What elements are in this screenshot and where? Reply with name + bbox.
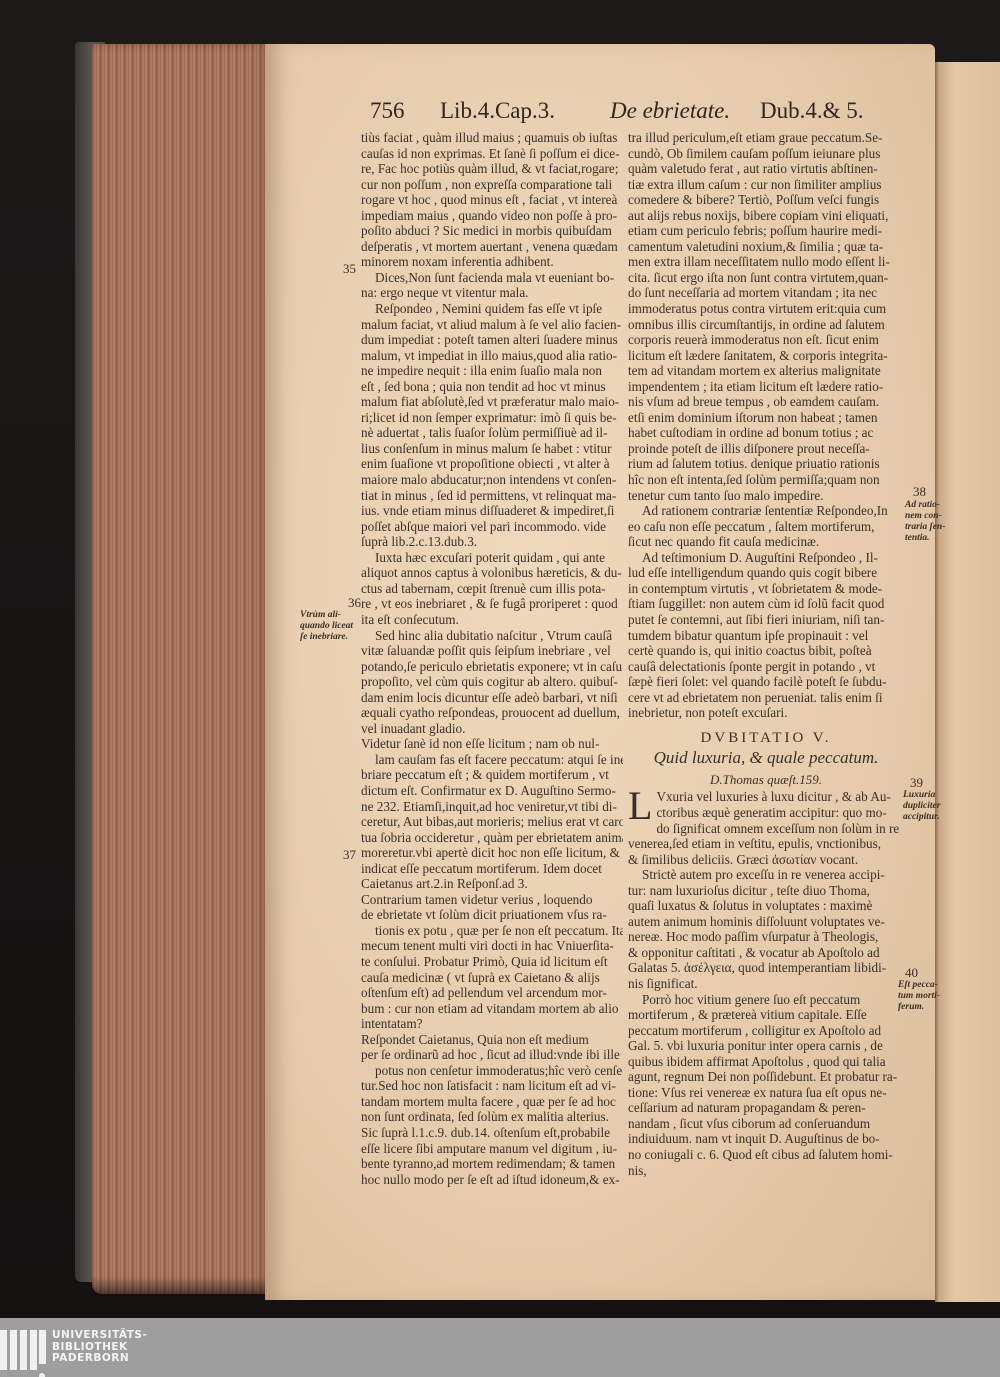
text-line: Sed hinc alia dubitatio naſcitur , Vtrum… — [361, 628, 623, 644]
text-line: aliquot annos captus à volonibus hæretic… — [361, 565, 623, 581]
text-line: ctoribus æquè generatim accipitur: quo m… — [656, 805, 904, 821]
text-line: cere vt ad ebrietatem non perueniat. tal… — [628, 690, 904, 706]
text-line: comedere & bibere? Tertiò, Poſſum veſci … — [628, 192, 904, 208]
text-line: agunt, regnum Dei non poſſidebunt. Et pr… — [628, 1069, 904, 1085]
text-line: cita. ſicut ergo iſta non ſunt contra vi… — [628, 270, 904, 286]
text-line: tiæ extra illum caſum : cur non ſimilite… — [628, 177, 904, 193]
text-line: nè aduertat , talis ſuaſor ſolùm permiſſ… — [361, 425, 623, 441]
text-line: inebrietur, non poteſt excuſari. — [628, 705, 904, 721]
text-line: bente tyranno,ad mortem redimendam; & ta… — [361, 1156, 623, 1172]
text-line: propoſito, vel cùm quis cogitur ab alter… — [361, 674, 623, 690]
text-line: impediam maius , quando video non poſſe … — [361, 208, 623, 224]
text-line: tua ſobria occideretur , quàm per ebriet… — [361, 830, 623, 846]
margin-number-35: 35 — [343, 261, 356, 277]
text-line: intentatam? — [361, 1016, 623, 1032]
text-line: indicat eſſe peccatum mortiferum. Idem d… — [361, 861, 623, 877]
text-line: poſſet abſque maiori vel pari incommodo.… — [361, 519, 623, 535]
dubitatio-label: Dub.4.& 5. — [760, 98, 864, 124]
text-line: Galatas 5. ἀσέλγεια, quod intemperantiam… — [628, 960, 904, 976]
text-line: impendentem ; ita etiam licitum eſt læde… — [628, 379, 904, 395]
page-number: 756 — [370, 98, 405, 124]
text-line: briare peccatum eſt ; & quidem mortiferu… — [361, 767, 623, 783]
text-line: tiat in minus , ſed id permittens, vt re… — [361, 488, 623, 504]
text-line: putet ſe contemni, aut ſibi fieri iniuri… — [628, 612, 904, 628]
text-line: do ſignificat omnem exceſſum non ſolùm i… — [656, 821, 904, 837]
margin-note-39: Luxuria dupliciter accipitur. — [903, 790, 948, 823]
text-line: rium ad ſalutem totius. denique priuatio… — [628, 456, 904, 472]
text-line: ri;licet id non ſemper exprimatur: imò ſ… — [361, 410, 623, 426]
text-line: tem ad vitandam mortem ex alterius malig… — [628, 363, 904, 379]
text-line: Porrò hoc vitium genere ſuo eſt peccatum — [628, 992, 904, 1008]
text-line: quàm valetudo ferat , aut ratio virtutis… — [628, 161, 904, 177]
text-line: Contrarium tamen videtur verius , loquen… — [361, 892, 623, 908]
text-line: corporis reuerà immoderatus non eſt. ſic… — [628, 332, 904, 348]
text-line: lam cauſam fas eſt facere peccatum: atqu… — [361, 752, 623, 768]
text-line: eo caſu non eſſe peccatum , ſaltem morti… — [628, 519, 904, 535]
text-line: deſperatis , vt mortem auertant , venena… — [361, 239, 623, 255]
text-line: tur: nam luxurioſus dicitur , teſte diuo… — [628, 883, 904, 899]
text-line: Caietanus art.2.in Reſponſ.ad 3. — [361, 876, 623, 892]
text-line: bum : cur non etiam ad vitandam mortem a… — [361, 1001, 623, 1017]
text-line: eſt , ſed bona ; quia non tendit ad hoc … — [361, 379, 623, 395]
text-line: venerea,ſed etiam in veſtitu, epulis, vn… — [628, 836, 904, 852]
text-line: per ſe ordinarũ ad hoc , ſicut ad illud:… — [361, 1047, 623, 1063]
text-line: hoc nullo modo per ſe eſt ad iſtud idone… — [361, 1172, 623, 1188]
text-line: & ſimilibus deliciis. Græci ἀσωτίαν voca… — [628, 852, 904, 868]
text-line: malum faciat, vt aliud malum à ſe vel al… — [361, 317, 623, 333]
facing-page-edge — [935, 62, 1000, 1302]
drop-cap: L — [628, 789, 652, 823]
text-line: autem animum hominis diſſoluunt voluptat… — [628, 914, 904, 930]
text-line: peccatum mortiferum , colligitur ex Apoſ… — [628, 1023, 904, 1039]
text-line: tionis ex potu , quæ per ſe non eſt pecc… — [361, 923, 623, 939]
text-line: lius conſenſum in minus malum ſe habet :… — [361, 441, 623, 457]
text-line: etiam cum periculo febris; poſſum haurir… — [628, 223, 904, 239]
text-line: ſtiam ſuggillet: non autem cùm id ſolũ f… — [628, 596, 904, 612]
library-footer: UNIVERSITÄTS- BIBLIOTHEK PADERBORN — [0, 1318, 1000, 1377]
text-line: quaſi luxatus & ſolutus in voluptates : … — [628, 898, 904, 914]
right-text-column: tra illud periculum,eſt etiam graue pecc… — [628, 130, 904, 1178]
text-line: dam enim locis dicuntur eſſe adeò barbar… — [361, 690, 623, 706]
text-line: re, Fac hoc potiùs quàm illud, & vt faci… — [361, 161, 623, 177]
text-line: cundò, Ob ſimilem cauſam poſſum ieiunare… — [628, 146, 904, 162]
text-line: æquali cyatho reſpondeas, prouocent ad d… — [361, 705, 623, 721]
library-logo-text: UNIVERSITÄTS- BIBLIOTHEK PADERBORN — [52, 1330, 147, 1365]
text-line: ne impedire nequit : illa enim ſuaſio ma… — [361, 363, 623, 379]
text-line: Ad rationem contrariæ ſententiæ Reſponde… — [628, 503, 904, 519]
text-line: vel inuadant gladio. — [361, 721, 623, 737]
text-line: indiuiduum. nam vt inquit D. Auguſtinus … — [628, 1131, 904, 1147]
text-line: te conſului. Probatur Primò, Quia id lic… — [361, 954, 623, 970]
text-line: potando,ſe periculo ebrietatis exponere;… — [361, 659, 623, 675]
text-line: nereæ. Hoc modo paſſim vſurpatur à Theol… — [628, 929, 904, 945]
text-line: oſtenſum eſt) ad pellendum vel arcendum … — [361, 985, 623, 1001]
text-line: Strictè autem pro exceſſu in re venerea … — [628, 867, 904, 883]
margin-number-39: 39 — [910, 775, 923, 791]
text-line: malum, vt impediat in illo maius,quod al… — [361, 348, 623, 364]
chapter-title: De ebrietate. — [610, 98, 730, 124]
text-line: nis, — [628, 1163, 904, 1179]
text-line: tur.Sed hoc non ſatisfacit : nam licitum… — [361, 1078, 623, 1094]
text-line: hîc non eſt intenta,ſed ſolùm permiſſa;q… — [628, 472, 904, 488]
book-chapter: Lib.4.Cap.3. — [440, 98, 555, 124]
text-line: vitæ ſaluandæ poſſit quis ſeipſum inebri… — [361, 643, 623, 659]
text-line: tandam mortem multa facere , quæ per ſe … — [361, 1094, 623, 1110]
text-line: Videtur ſanè id non eſſe licitum ; nam o… — [361, 736, 623, 752]
text-line: Gal. 5. vbi luxuria ponitur inter opera … — [628, 1038, 904, 1054]
text-line: men extra illam neceſſitatem nullo modo … — [628, 254, 904, 270]
text-line: & opponitur caſtitati , & vocatur ab Apo… — [628, 945, 904, 961]
text-line: Vxuria vel luxuries à luxu dicitur , & a… — [656, 789, 904, 805]
text-line: malum fiat abſolutè,ſed vt præferatur ma… — [361, 394, 623, 410]
text-line: aut alijs rebus noxijs, bibere copiam vi… — [628, 208, 904, 224]
text-line: cauſâ delectationis ſponte pergit in pot… — [628, 659, 904, 675]
text-line: Reſpondet Caietanus, Quia non eſt medium — [361, 1032, 623, 1048]
text-line: moreretur.vbi apertè dicit hoc non eſſe … — [361, 845, 623, 861]
text-line: proinde poteſt de illis diſponere prout … — [628, 441, 904, 457]
text-line: ne 232. Etiamſi,inquit,ad hoc veniretur,… — [361, 799, 623, 815]
left-text-column: tiùs faciat , quàm illud maius ; quamuis… — [361, 130, 623, 1187]
text-line: Ad teſtimonium D. Auguſtini Reſpondeo , … — [628, 550, 904, 566]
text-line: enim ſuaſione vt propoſitione obiecti , … — [361, 456, 623, 472]
text-line: Iuxta hæc excuſari poterit quidam , qui … — [361, 550, 623, 566]
text-line: tenetur cum tanto ſuo malo impedire. — [628, 488, 904, 504]
text-line: ctus ad tabernam, cœpit ſtrenuè cum illi… — [361, 581, 623, 597]
text-line: dum impediat : poteſt tamen alteri ſuade… — [361, 332, 623, 348]
text-line: tumdem bibatur quantum ipſe propinauit :… — [628, 628, 904, 644]
library-logo-icon — [0, 1330, 48, 1377]
text-line: cauſa medicinæ ( vt ſuprà ex Caietano & … — [361, 970, 623, 986]
text-line: habet cuſtodiam in ordine ad bonum totiu… — [628, 425, 904, 441]
text-line: re , vt eos inebriaret , & ſe fugâ prori… — [361, 596, 623, 612]
text-line: rogare vt hoc , quod minus eſt , faciat … — [361, 192, 623, 208]
text-line: ſæpè fieri ſolet: vel quando facilè pote… — [628, 674, 904, 690]
section-reference: D.Thomas quæſt.159. — [628, 772, 904, 788]
text-line: tiùs faciat , quàm illud maius ; quamuis… — [361, 130, 623, 146]
text-line: certè quando is, qui initio coactus bibi… — [628, 643, 904, 659]
text-line: eſſe licere ſibi amputare manum vel digi… — [361, 1141, 623, 1157]
text-line: Reſpondeo , Nemini quidem fas eſſe vt ip… — [361, 301, 623, 317]
running-head: 756 Lib.4.Cap.3. De ebrietate. Dub.4.& 5… — [370, 98, 875, 132]
text-line: licitum eſt lædere ſanitatem, & corporis… — [628, 348, 904, 364]
text-line: nis ſignificat. — [628, 976, 904, 992]
right-text-part1: tra illud periculum,eſt etiam graue pecc… — [628, 130, 904, 721]
text-line: ceſſarium ad naturam propagandam & peren… — [628, 1100, 904, 1116]
text-line: ita eſt conſecutum. — [361, 612, 623, 628]
margin-note-40: Eſt pecca- tum morti- ferum. — [898, 980, 948, 1013]
margin-number-38: 38 — [913, 484, 926, 500]
text-line: immoderatus potus contra virtutem erit:q… — [628, 301, 904, 317]
text-line: nandam , ſicut vſus ciborum ad conſeruan… — [628, 1116, 904, 1132]
text-line: ſuprà lib.2.c.13.dub.3. — [361, 534, 623, 550]
text-line: tra illud periculum,eſt etiam graue pecc… — [628, 130, 904, 146]
page-edges-block — [92, 44, 272, 1294]
margin-note-38: Ad ratio- nem con- traria ſen- tentia. — [905, 500, 950, 544]
text-line: omnibus illis circumſtantijs, in ordine … — [628, 317, 904, 333]
text-line: in contemptum virtutis , vt ſobrietatem … — [628, 581, 904, 597]
right-text-part2: L Vxuria vel luxuries à luxu dicitur , &… — [628, 789, 904, 1178]
text-line: Sic ſuprà l.1.c.9. dub.14. oſtenſum eſt,… — [361, 1125, 623, 1141]
text-line: potus non cenſetur immoderatus;hîc verò … — [361, 1063, 623, 1079]
text-line: camentum valetudini noxium,& ſimilia ; q… — [628, 239, 904, 255]
text-line: etſi enim dominium iſtorum non habeat ; … — [628, 410, 904, 426]
text-line: ceretur, Aut bibas,aut morieris; melius … — [361, 814, 623, 830]
margin-number-36: 36 — [348, 595, 361, 611]
text-line: quibus ibidem affirmat Apoſtolus , quod … — [628, 1054, 904, 1070]
text-line: do ſunt neceſſaria ad mortem vitandam ; … — [628, 285, 904, 301]
text-line: poſito abduci ? Sic medici in morbis qui… — [361, 223, 623, 239]
text-line: ſicut nec quando fit cauſa medicinæ. — [628, 534, 904, 550]
margin-number-37: 37 — [343, 847, 356, 863]
text-line: mortiferum , & prætereà vitium capitale.… — [628, 1007, 904, 1023]
text-line: mecum tenent multi viri docti in hac Vni… — [361, 938, 623, 954]
text-line: cur non poſſum , non expreſſa comparatio… — [361, 177, 623, 193]
text-line: lud eſſe intelligendum quando quis cogit… — [628, 565, 904, 581]
text-line: nis vſum ad breue tempus , ob eamdem cau… — [628, 394, 904, 410]
text-line: de ebrietate vt ſolùm dicit priuationem … — [361, 907, 623, 923]
text-line: no coniugali c. 6. Quod eſt cibus ad ſal… — [628, 1147, 904, 1163]
section-heading: DVBITATIO V. — [628, 731, 904, 747]
text-line: Dices,Non ſunt facienda mala vt eueniant… — [361, 270, 623, 286]
text-line: tione: Vſus rei venereæ ex natura ſua eſ… — [628, 1085, 904, 1101]
text-line: maiore malo abducatur;non intendens vt c… — [361, 472, 623, 488]
text-line: ius. vnde etiam minus diſſuaderet & impe… — [361, 503, 623, 519]
text-line: minorem noxam inferentia adhibent. — [361, 254, 623, 270]
text-line: na: ergo neque vt vitentur mala. — [361, 285, 623, 301]
margin-number-40: 40 — [905, 965, 918, 981]
text-line: non ſunt ordinata, ſed ſolùm ex malitia … — [361, 1109, 623, 1125]
text-line: cauſas id non exprimas. Et ſanè ſi poſſu… — [361, 146, 623, 162]
text-line: dictum eſt. Confirmatur ex D. Auguſtino … — [361, 783, 623, 799]
margin-note-36: Vtrùm ali- quando liceat ſe inebriare. — [300, 610, 360, 643]
section-subtitle: Quid luxuria, & quale peccatum. — [628, 750, 904, 766]
